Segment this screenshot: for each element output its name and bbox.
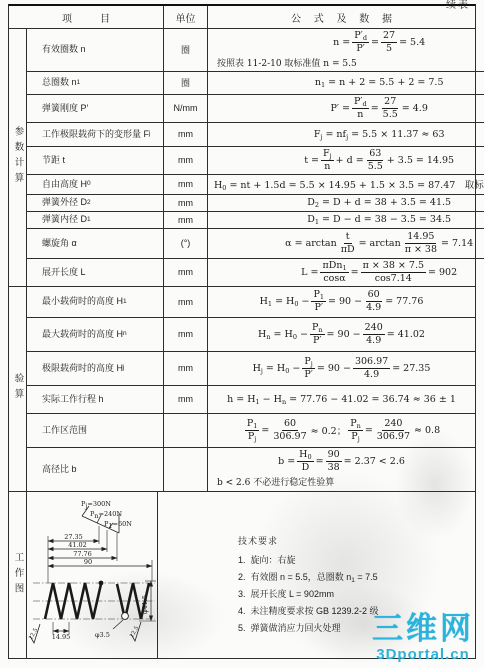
spring-drawing: Pj=300N Pn=240N P1=60N 27.35 41.02 77.76… (27, 492, 158, 658)
fraction: π × 38 × 7.5cos7.14 (361, 261, 426, 284)
fraction: tπD (339, 232, 357, 255)
tech-requirement-item: 3. 展开长度 L = 902mm (238, 586, 467, 603)
unit-cell (164, 448, 208, 491)
fraction: PnPj (348, 419, 363, 442)
formula-cell: H1 = H0 − P1P′ = 90 − 604.9 = 77.76 (208, 287, 475, 317)
table-row: 最大载荷时的高度 HnmmHn = H0 − PnP′ = 90 − 2404.… (27, 318, 475, 352)
formula-text: L = (301, 267, 318, 278)
fraction: P′dn (352, 97, 369, 120)
fraction: 275 (381, 31, 397, 54)
wire-section-circle (122, 612, 129, 619)
fraction: 14.95π × 38 (403, 232, 439, 255)
unit-cell: mm (164, 386, 208, 413)
unit-cell: mm (164, 123, 208, 146)
technical-requirements-title: 技术要求 (238, 534, 467, 547)
item-cell: 螺旋角 α (27, 229, 164, 258)
formula-text: P′ = (330, 103, 350, 114)
formula-text: h = H1 − Hn = 77.76 − 41.02 = 36.74 ≈ 36… (227, 394, 456, 405)
item-cell: 实际工作行程 h (27, 386, 164, 413)
unit-cell: (°) (164, 229, 208, 258)
formula-text: = 5.4 (399, 37, 425, 48)
formula-cell: n = P′dP′ = 275 = 5.4按照表 11-2-10 取标准值 n … (208, 29, 484, 71)
fraction: P′dP′ (352, 31, 369, 54)
unit-cell: mm (164, 212, 208, 228)
load-label-p1: P1=60N (104, 520, 132, 528)
item-cell: 工作极限载荷下的变形量 Fj (27, 123, 164, 146)
fraction: Fjn (321, 149, 334, 172)
table-row: 螺旋角 α(°)α = arctan tπD = arctan 14.95π ×… (27, 229, 484, 259)
formula-text: ≈ 0.8 (414, 425, 440, 436)
item-cell: 最小载荷时的高度 H1 (27, 287, 164, 317)
site-watermark: 三维网 3Dportal.cn (372, 613, 474, 662)
unit-cell: mm (164, 287, 208, 317)
section-parameter-calculation: 参数计算 有效圈数 n圈n = P′dP′ = 275 = 5.4按照表 11-… (9, 29, 475, 287)
table-row: 实际工作行程 hmmh = H1 − Hn = 77.76 − 41.02 = … (27, 386, 475, 414)
dim-diameter: φ41.5 (141, 595, 149, 614)
dim-wire-diameter: φ3.5 (95, 631, 110, 639)
tech-requirement-item: 1. 旋向：右旋 (238, 552, 467, 569)
fraction: P1Pj (245, 419, 260, 442)
unit-cell: mm (164, 147, 208, 174)
formula-text: = (371, 103, 379, 114)
spring-design-table: 项 目 单位 公 式 及 数 据 参数计算 有效圈数 n圈n = P′dP′ =… (8, 4, 476, 659)
table-row: 工作极限载荷下的变形量 FjmmFj = nfj = 5.5 × 11.37 ≈… (27, 123, 484, 147)
fraction: PnP′ (310, 323, 325, 346)
formula-text: = 90 − (327, 329, 361, 340)
load-label-pn: Pn=240N (90, 510, 122, 518)
formula-text: Hj = H0 − (253, 363, 301, 374)
formula-text: D1 = D − d = 38 − 3.5 = 34.5 (307, 214, 451, 225)
fraction: 60306.97 (271, 419, 308, 442)
unit-cell (164, 414, 208, 447)
continued-table-label: 续表 (446, 0, 470, 11)
fraction: P1P′ (311, 290, 326, 313)
formula-text: = 90 − (328, 296, 362, 307)
formula-text: ≈ 0.2； (311, 423, 347, 437)
formula-text: b = (278, 456, 295, 467)
table-row: 最小载荷时的高度 H1mmH1 = H0 − P1P′ = 90 − 604.9… (27, 287, 475, 318)
section-verification: 验算 最小载荷时的高度 H1mmH1 = H0 − P1P′ = 90 − 60… (9, 287, 475, 492)
fraction: PjP′ (302, 357, 315, 380)
table-row: 节距 tmmt = Fjn + d = 635.5 + 3.5 = 14.95 (27, 147, 484, 175)
item-cell: 总圈数 n1 (27, 72, 164, 94)
dim-41-02: 41.02 (48, 541, 107, 549)
formula-cell: D2 = D + d = 38 + 3.5 = 41.5 (208, 195, 484, 211)
formula-text: D2 = D + d = 38 + 3.5 = 41.5 (307, 197, 451, 208)
item-cell: 自由高度 H0 (27, 175, 164, 194)
table-row: 弹簧内径 D1mmD1 = D − d = 38 − 3.5 = 34.5 (27, 212, 484, 229)
formula-cell: P′ = P′dn = 275.5 = 4.9 (208, 95, 484, 122)
formula-text: + 3.5 = 14.95 (387, 155, 454, 166)
formula-text: = (351, 267, 359, 278)
unit-cell: mm (164, 318, 208, 351)
formula-cell: h = H1 − Hn = 77.76 − 41.02 = 36.74 ≈ 36… (208, 386, 475, 413)
formula-cell: α = arctan tπD = arctan 14.95π × 38 = 7.… (208, 229, 484, 258)
fraction: 9038 (326, 450, 342, 473)
item-cell: 有效圈数 n (27, 29, 164, 71)
unit-cell: 圈 (164, 72, 208, 94)
formula-text: H1 = H0 − (260, 296, 310, 307)
tech-requirement-item: 2. 有效圈 n = 5.5，总圈数 n1 = 7.5 (238, 569, 467, 586)
formula-text: = arctan (359, 238, 401, 249)
formula-text: + d = (336, 155, 364, 166)
formula-text: α = arctan (285, 238, 337, 249)
fraction: πDn1cosα (320, 261, 348, 284)
formula-cell: P1Pj = 60306.97 ≈ 0.2；PnPj = 240306.97 ≈… (208, 414, 475, 447)
section-label-working-drawing: 工作图 (9, 492, 27, 658)
formula-cell: Hn = H0 − PnP′ = 90 − 2404.9 = 41.02 (208, 318, 475, 351)
formula-text: = 4.9 (402, 103, 428, 114)
fraction: 275.5 (381, 97, 400, 120)
dim-27-35: 27.35 (48, 533, 99, 541)
table-row: 总圈数 n1圈n1 = n + 2 = 5.5 + 2 = 7.5 (27, 72, 484, 95)
dim-pitch: 14.95 (50, 633, 72, 641)
formula-text: = (371, 37, 379, 48)
item-cell: 弹簧内径 D1 (27, 212, 164, 228)
wire-end-dot (99, 580, 104, 585)
section-label-parameter-calculation: 参数计算 (9, 29, 27, 286)
load-label-pj: Pj=300N (81, 500, 111, 508)
item-cell: 弹簧刚度 P′ (27, 95, 164, 122)
table-row: 工作区范围P1Pj = 60306.97 ≈ 0.2；PnPj = 240306… (27, 414, 475, 448)
table-row: 弹簧外径 D2mmD2 = D + d = 38 + 3.5 = 41.5 (27, 195, 484, 212)
header-item: 项 目 (9, 6, 164, 28)
site-watermark-name: 三维网 (372, 613, 474, 644)
table-row: 高径比 bb = H0D = 9038 = 2.37 < 2.6b < 2.6 … (27, 448, 475, 491)
formula-text: n1 = n + 2 = 5.5 + 2 = 7.5 (315, 77, 444, 88)
formula-text: t = (304, 155, 319, 166)
formula-cell: t = Fjn + d = 635.5 + 3.5 = 14.95 (208, 147, 484, 174)
dim-77-76: 77.76 (48, 550, 117, 558)
formula-text: = (316, 456, 324, 467)
table-row: 极限载荷时的高度 HjmmHj = H0 − PjP′ = 90 − 306.9… (27, 352, 475, 386)
formula-text: Hn = H0 − (258, 329, 308, 340)
formula-text: = 41.02 (387, 329, 425, 340)
formula-note: b < 2.6 不必进行稳定性验算 (214, 475, 469, 488)
formula-text: = (365, 425, 373, 436)
item-cell: 高径比 b (27, 448, 164, 491)
formula-text: = (261, 425, 269, 436)
unit-cell: 圈 (164, 29, 208, 71)
formula-note: 按照表 11-2-10 取标准值 n = 5.5 (214, 56, 484, 69)
table-header-row: 项 目 单位 公 式 及 数 据 (9, 6, 475, 29)
header-unit: 单位 (164, 6, 208, 28)
formula-cell: b = H0D = 9038 = 2.37 < 2.6b < 2.6 不必进行稳… (208, 448, 475, 491)
fraction: H0D (297, 450, 313, 473)
item-cell: 展开长度 L (27, 259, 164, 286)
formula-text: = 7.14 (441, 238, 473, 249)
unit-cell: mm (164, 195, 208, 211)
formula-text: = 90 − (317, 363, 351, 374)
fraction: 306.974.9 (353, 357, 390, 380)
formula-cell: L = πDn1cosα = π × 38 × 7.5cos7.14 = 902 (208, 259, 484, 286)
formula-cell: n1 = n + 2 = 5.5 + 2 = 7.5 (208, 72, 484, 94)
fraction: 240306.97 (375, 419, 412, 442)
item-cell: 节距 t (27, 147, 164, 174)
fraction: 635.5 (366, 149, 385, 172)
formula-cell: H0 = nt + 1.5d = 5.5 × 14.95 + 1.5 × 3.5… (208, 175, 484, 194)
item-cell: 极限载荷时的高度 Hj (27, 352, 164, 385)
formula-text: = 77.76 (385, 296, 423, 307)
unit-cell: mm (164, 352, 208, 385)
formula-text: = 27.35 (392, 363, 430, 374)
site-watermark-domain: 3Dportal.cn (372, 647, 474, 662)
section-label-verification: 验算 (9, 287, 27, 491)
dim-90: 90 (48, 558, 128, 566)
formula-text: H0 = nt + 1.5d = 5.5 × 14.95 + 1.5 × 3.5… (214, 177, 484, 191)
formula-cell: Fj = nfj = 5.5 × 11.37 ≈ 63 (208, 123, 484, 146)
unit-cell: N/mm (164, 95, 208, 122)
table-row: 展开长度 LmmL = πDn1cosα = π × 38 × 7.5cos7.… (27, 259, 484, 286)
table-row: 弹簧刚度 P′N/mmP′ = P′dn = 275.5 = 4.9 (27, 95, 484, 123)
item-cell: 弹簧外径 D2 (27, 195, 164, 211)
table-row: 有效圈数 n圈n = P′dP′ = 275 = 5.4按照表 11-2-10 … (27, 29, 484, 72)
item-cell: 工作区范围 (27, 414, 164, 447)
fraction: 604.9 (364, 290, 383, 313)
formula-text: Fj = nfj = 5.5 × 11.37 ≈ 63 (314, 129, 445, 140)
formula-text: n = (333, 37, 350, 48)
header-formula: 公 式 及 数 据 (208, 6, 475, 28)
unit-cell: mm (164, 175, 208, 194)
formula-cell: Hj = H0 − PjP′ = 90 − 306.974.9 = 27.35 (208, 352, 475, 385)
unit-cell: mm (164, 259, 208, 286)
formula-text: = 2.37 < 2.6 (344, 456, 405, 467)
item-cell: 最大载荷时的高度 Hn (27, 318, 164, 351)
scanned-handbook-page: 续表 项 目 单位 公 式 及 数 据 参数计算 有效圈数 n圈n = P′dP… (0, 0, 484, 668)
formula-text: = 902 (428, 267, 457, 278)
formula-cell: D1 = D − d = 38 − 3.5 = 34.5 (208, 212, 484, 228)
fraction: 2404.9 (363, 323, 385, 346)
table-row: 自由高度 H0mmH0 = nt + 1.5d = 5.5 × 14.95 + … (27, 175, 484, 195)
